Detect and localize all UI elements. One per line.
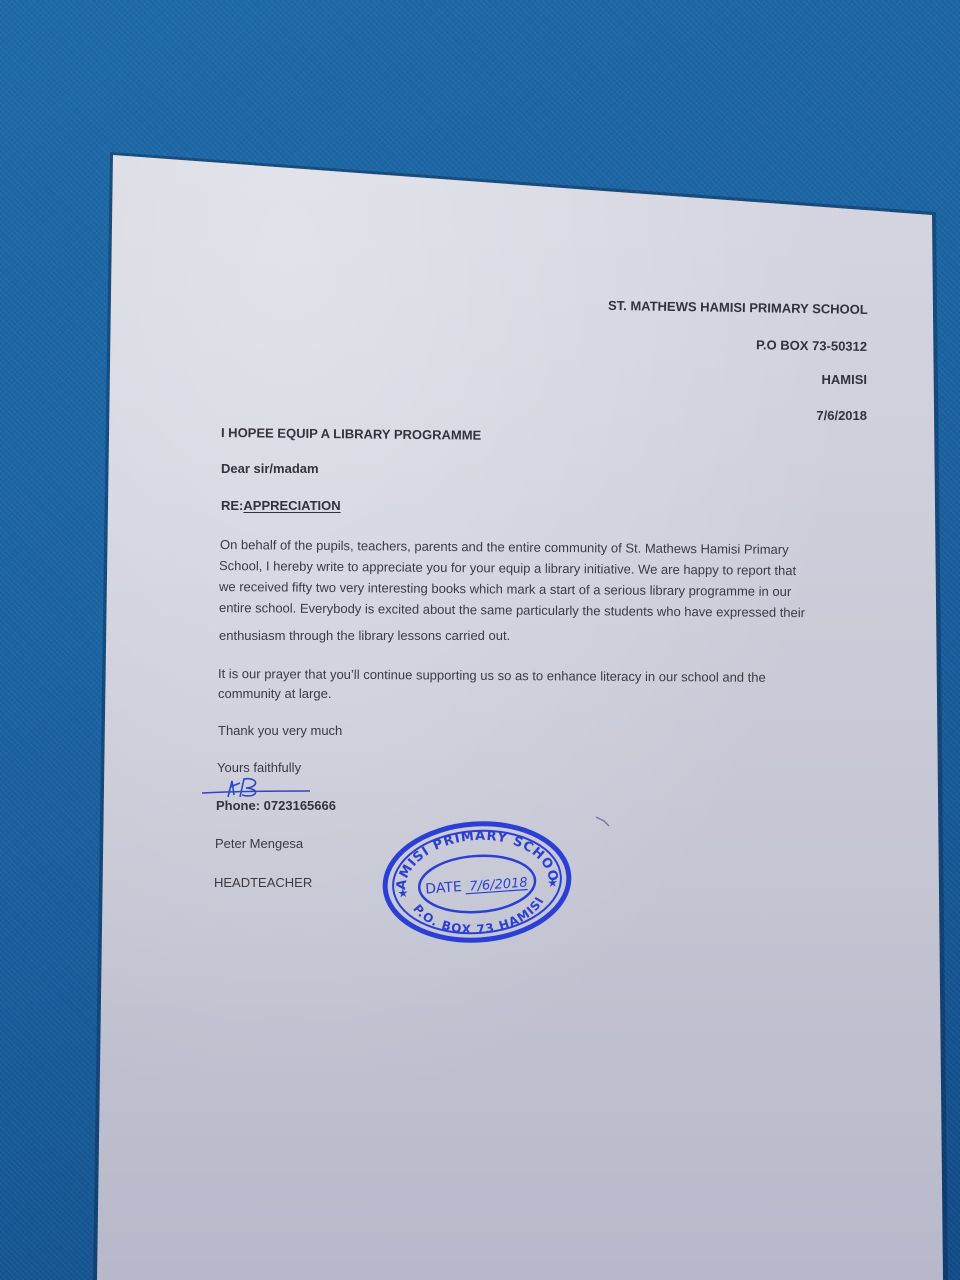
sender-town: HAMISI (822, 373, 868, 386)
closing-line: Yours faithfully (217, 761, 301, 774)
stamp-date-value: 7/6/2018 (469, 875, 528, 894)
letter-date: 7/6/2018 (816, 409, 867, 422)
sender-school: ST. MATHEWS HAMISI PRIMARY SCHOOL (608, 299, 868, 316)
recipient: I HOPEE EQUIP A LIBRARY PROGRAMME (221, 426, 481, 442)
subject: APPRECIATION (243, 498, 340, 513)
paragraph2-line: It is our prayer that you’ll continue su… (218, 667, 766, 684)
paragraph1-line: enthusiasm through the library lessons c… (219, 629, 510, 642)
sender-po-box: P.O BOX 73-50312 (756, 338, 867, 353)
stamp-date-label: DATE (425, 879, 462, 898)
subject-line: RE:APPRECIATION (221, 499, 341, 512)
svg-text:★: ★ (397, 886, 409, 901)
signatory-name: Peter Mengesa (215, 837, 303, 850)
phone: Phone: 0723165666 (216, 799, 336, 812)
signatory-title: HEADTEACHER (214, 876, 312, 889)
subject-prefix: RE: (221, 498, 243, 513)
paragraph2-line: community at large. (218, 687, 331, 700)
svg-text:★: ★ (547, 875, 559, 890)
school-stamp: HAMISI PRIMARY SCHOOL P.O. BOX 73 HAMISI… (381, 820, 573, 944)
salutation: Dear sir/madam (221, 462, 319, 475)
ink-mark (594, 814, 612, 828)
thanks-line: Thank you very much (218, 724, 342, 737)
